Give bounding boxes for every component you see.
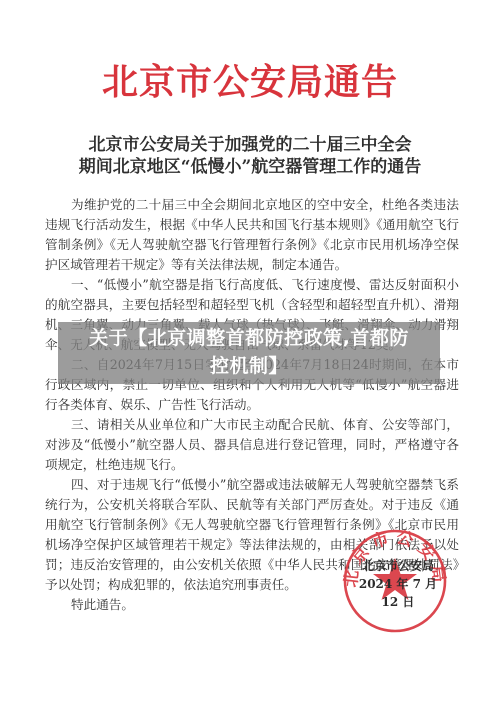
paragraph-item-3: 三、请相关从业单位和广大市民主动配合民航、体育、公安等部门，对涉及“低慢小”航空… xyxy=(45,415,459,475)
document-subtitle: 北京市公安局关于加强党的二十届三中全会 期间北京地区“低慢小”航空器管理工作的通… xyxy=(0,134,500,178)
issuer-name: 北京市公安局 xyxy=(352,557,444,575)
caption-line-1: 关于【北京调整首都防控政策,首都防 xyxy=(58,324,440,352)
caption-overlay-banner: 关于【北京调整首都防控政策,首都防 控机制】 xyxy=(58,322,440,384)
caption-overlay-text: 关于【北京调整首都防控政策,首都防 控机制】 xyxy=(58,324,440,380)
subtitle-line-1: 北京市公安局关于加强党的二十届三中全会 xyxy=(0,134,500,156)
notice-document: 北京市公安局通告 北京市公安局关于加强党的二十届三中全会 期间北京地区“低慢小”… xyxy=(0,0,500,706)
caption-line-2: 控机制】 xyxy=(58,352,440,380)
paragraph-preamble: 为维护党的二十届三中全会期间北京地区的空中安全，杜绝各类违法违规飞行活动发生，根… xyxy=(45,195,459,275)
issue-date: 2024 年 7 月 12 日 xyxy=(352,575,444,611)
subtitle-line-2: 期间北京地区“低慢小”航空器管理工作的通告 xyxy=(0,156,500,178)
document-header-title: 北京市公安局通告 xyxy=(0,60,500,104)
signature-block: 北京市公安局 2024 年 7 月 12 日 xyxy=(352,557,444,611)
